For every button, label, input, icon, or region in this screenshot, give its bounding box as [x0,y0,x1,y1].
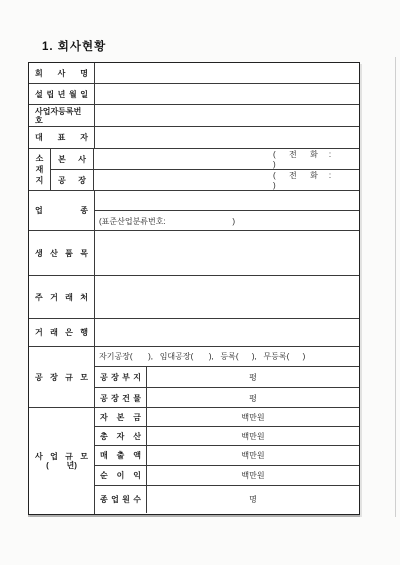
bank-value-cell [95,319,359,346]
business-scale-subrows: 자 본 금 백만원 총 자 산 백만원 매 출 액 백만원 순 이 익 [95,408,359,514]
factory-label: 공 장 [51,175,93,186]
business-type-subrows: (표준산업분류번호: ) [95,191,359,230]
factory-scale-label-cell: 공 장 규 모 [29,347,95,407]
head-office-label-cell: 본 사 [51,149,94,169]
main-clients-label: 주 거 래 처 [29,293,94,302]
industry-code-line: (표준산업분류번호: ) [95,211,235,231]
row-company-name: 회 사 명 [29,63,359,84]
subrow-net-profit: 순 이 익 백만원 [95,466,359,486]
business-reg-no-label: 사업자등록번호 [29,107,94,125]
subrow-sales: 매 출 액 백만원 [95,446,359,466]
company-name-value-cell [95,63,359,83]
row-founding-date: 설 립 년 월 일 [29,84,359,105]
capital-value-cell: 백만원 [147,408,359,426]
row-representative: 대 표 자 [29,127,359,149]
subrow-head-office: 본 사 ( 전 화 : ) [51,149,359,170]
founding-date-label-cell: 설 립 년 월 일 [29,84,95,104]
main-clients-label-cell: 주 거 래 처 [29,276,95,318]
business-scale-label-line2: ( 년) [29,461,94,471]
total-assets-label-cell: 총 자 산 [95,427,147,445]
representative-value-cell [95,127,359,148]
location-label-cell: 소재지 [29,149,51,190]
factory-building-value-cell: 평 [147,388,359,408]
subrow-employees: 종 업 원 수 명 [95,486,359,513]
factory-scale-label: 공 장 규 모 [29,373,94,382]
factory-ownership-line: 자기공장( ), 임대공장( ), 등록( ), 무등록( ) [95,347,305,366]
phone-label-line2: ) [273,181,357,191]
sales-label: 매 출 액 [95,450,146,461]
products-value-cell [95,231,359,275]
factory-scale-subrows: 자기공장( ), 임대공장( ), 등록( ), 무등록( ) 공 장 부 지 … [95,347,359,407]
phone-label-line1: ( 전 화 : [273,171,357,181]
phone-label-line1: ( 전 화 : [273,150,357,160]
total-assets-label: 총 자 산 [95,431,146,442]
factory-ownership-cell: 자기공장( ), 임대공장( ), 등록( ), 무등록( ) [95,347,359,367]
factory-phone-label: ( 전 화 : ) [273,171,357,190]
subrow-total-assets: 총 자 산 백만원 [95,427,359,446]
business-scale-label: 사 업 규 모 ( 년) [29,452,94,471]
subrow-factory-site: 공 장 부 지 평 [95,367,359,388]
factory-building-label: 공 장 건 물 [95,393,146,404]
factory-site-label: 공 장 부 지 [95,372,146,383]
company-status-table: 회 사 명 설 립 년 월 일 사업자등록번호 대 표 자 소재지 본 사 [28,62,360,515]
business-type-value-cell [95,191,359,211]
head-office-address-cell: ( 전 화 : ) [94,149,359,169]
products-label-cell: 생 산 품 목 [29,231,95,275]
row-group-business-type: 업 종 (표준산업분류번호: ) [29,191,359,231]
net-profit-label: 순 이 익 [95,470,146,481]
employees-label-cell: 종 업 원 수 [95,486,147,513]
business-reg-no-label-cell: 사업자등록번호 [29,105,95,126]
sales-value-cell: 백만원 [147,446,359,465]
subrow-factory: 공 장 ( 전 화 : ) [51,170,359,191]
bank-label-cell: 거 래 은 행 [29,319,95,346]
head-office-label: 본 사 [51,154,93,165]
net-profit-value-cell: 백만원 [147,466,359,485]
company-name-label: 회 사 명 [29,69,94,78]
employees-label: 종 업 원 수 [95,494,146,505]
business-reg-no-value-cell [95,105,359,126]
row-bank: 거 래 은 행 [29,319,359,347]
representative-label-cell: 대 표 자 [29,127,95,148]
business-scale-label-cell: 사 업 규 모 ( 년) [29,408,95,514]
row-group-factory-scale: 공 장 규 모 자기공장( ), 임대공장( ), 등록( ), 무등록( ) … [29,347,359,408]
subrow-factory-building: 공 장 건 물 평 [95,388,359,408]
scan-edge-artifact [395,57,396,517]
head-office-phone-label: ( 전 화 : ) [273,150,357,169]
row-products: 생 산 품 목 [29,231,359,276]
business-type-label-cell: 업 종 [29,191,95,230]
row-main-clients: 주 거 래 처 [29,276,359,319]
net-profit-label-cell: 순 이 익 [95,466,147,485]
business-type-label: 업 종 [29,206,94,215]
location-label: 소재지 [35,153,44,186]
factory-address-cell: ( 전 화 : ) [94,170,359,191]
subrow-capital: 자 본 금 백만원 [95,408,359,427]
industry-code-cell: (표준산업분류번호: ) [95,211,359,231]
factory-building-label-cell: 공 장 건 물 [95,388,147,408]
bank-label: 거 래 은 행 [29,328,94,337]
phone-label-line2: ) [273,160,357,170]
employees-value-cell: 명 [147,486,359,513]
factory-site-label-cell: 공 장 부 지 [95,367,147,387]
main-clients-value-cell [95,276,359,318]
founding-date-value-cell [95,84,359,104]
capital-label-cell: 자 본 금 [95,408,147,426]
location-subrows: 본 사 ( 전 화 : ) 공 장 ( 전 화 : [51,149,359,190]
total-assets-value-cell: 백만원 [147,427,359,445]
products-label: 생 산 품 목 [29,249,94,258]
row-group-business-scale: 사 업 규 모 ( 년) 자 본 금 백만원 총 자 산 백만원 매 출 액 [29,408,359,514]
row-business-reg-no: 사업자등록번호 [29,105,359,127]
founding-date-label: 설 립 년 월 일 [29,90,94,99]
sales-label-cell: 매 출 액 [95,446,147,465]
row-group-location: 소재지 본 사 ( 전 화 : ) 공 장 [29,149,359,191]
factory-site-value-cell: 평 [147,367,359,387]
page-title: 1. 회사현황 [42,38,106,54]
company-name-label-cell: 회 사 명 [29,63,95,83]
representative-label: 대 표 자 [29,133,94,142]
factory-label-cell: 공 장 [51,170,94,191]
business-scale-label-line1: 사 업 규 모 [29,452,94,461]
capital-label: 자 본 금 [95,412,146,423]
